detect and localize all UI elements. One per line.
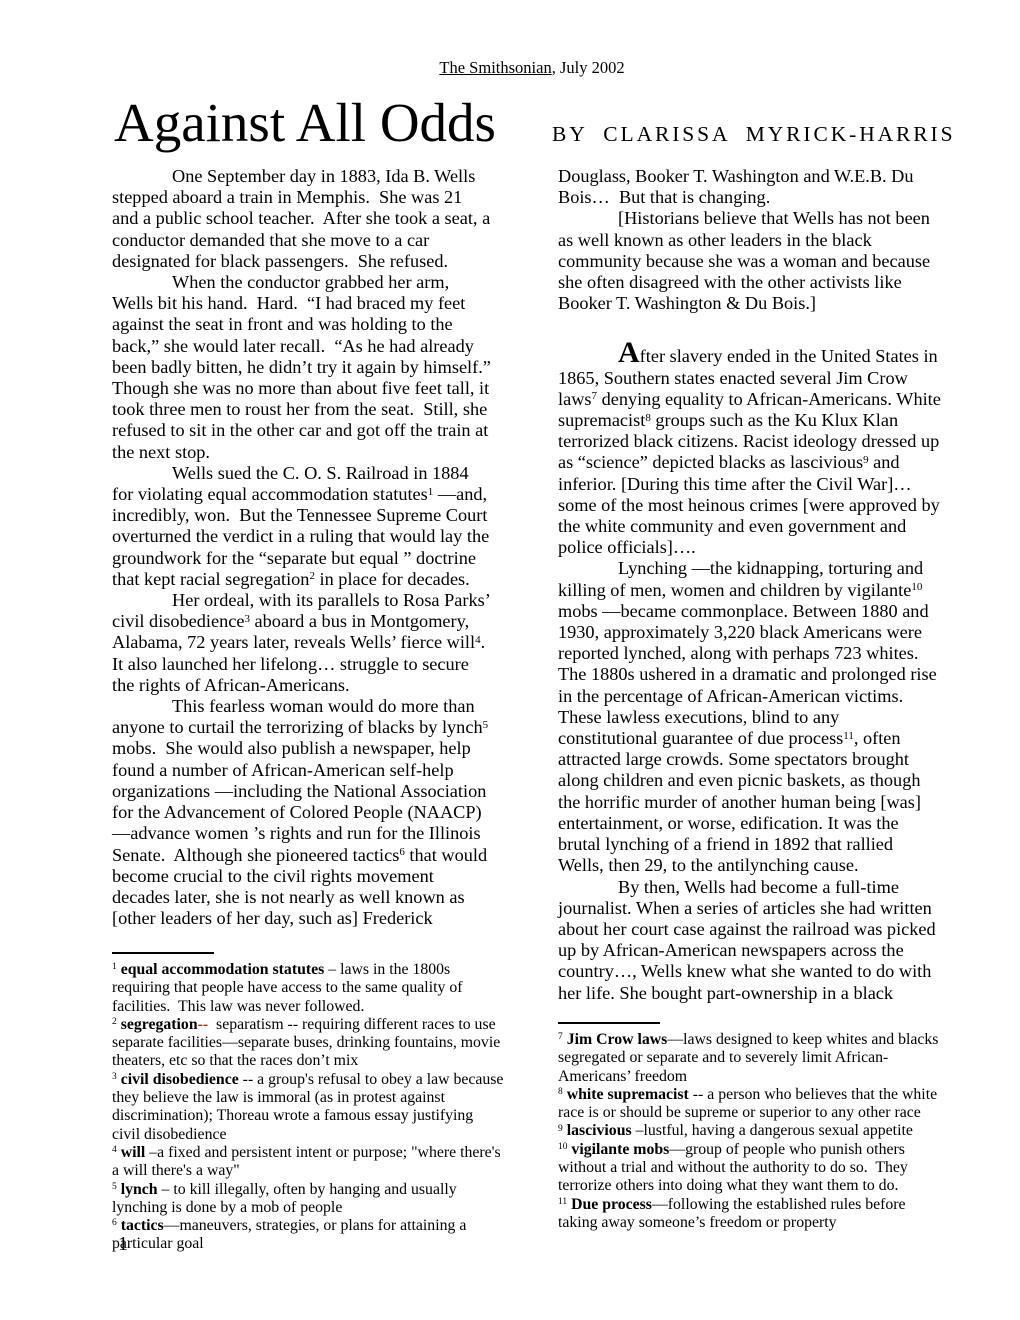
footnote-reference: 9 [863,454,868,466]
footnote: 1 equal accommodation statutes – laws in… [112,961,504,1016]
left-footnote-list: 1 equal accommodation statutes – laws in… [112,961,504,1254]
article-title: Against All Odds [114,94,496,152]
footnote-reference: 3 [245,613,250,625]
footnote-reference: 11 [843,730,854,742]
paragraph: After slavery ended in the United States… [558,346,942,558]
footnote: 5 lynch – to kill illegally, often by ha… [112,1181,504,1218]
footnote-number: 8 [558,1087,563,1097]
footnote: 6 tactics—maneuvers, strategies, or plan… [112,1217,504,1254]
footnote-separator [558,1022,660,1024]
footnote-reference: 8 [645,412,650,424]
footnote-number: 6 [112,1218,117,1228]
footnote: 8 white supremacist -- a person who beli… [558,1086,948,1123]
paragraph: Wells sued the C. O. S. Railroad in 1884… [112,463,492,590]
document-page: The Smithsonian, July 2002 Against All O… [0,0,1020,1320]
footnote: 9 lascivious –lustful, having a dangerou… [558,1122,948,1140]
page-number: 1 [118,1232,128,1256]
footnote: 7 Jim Crow laws—laws designed to keep wh… [558,1031,948,1086]
paragraph: [Historians believe that Wells has not b… [558,208,942,314]
footnote: 10 vigilante mobs—group of people who pu… [558,1141,948,1196]
paragraph: Lynching —the kidnapping, torturing and … [558,558,942,876]
footnote-number: 4 [112,1145,117,1155]
paragraph: When the conductor grabbed her arm, Well… [112,272,492,463]
right-column-body: Douglass, Booker T. Washington and W.E.B… [558,166,942,1004]
footnote: 3 civil disobedience -- a group's refusa… [112,1071,504,1144]
footnote-number: 5 [112,1182,117,1192]
paragraph: One September day in 1883, Ida B. Wells … [112,166,492,272]
paragraph: By then, Wells had become a full-time jo… [558,877,942,1004]
journal-name: The Smithsonian [439,58,551,77]
footnote-reference: 6 [399,846,404,858]
footnote-number: 10 [558,1142,567,1152]
footnote-number: 9 [558,1124,563,1134]
footnote-number: 3 [112,1072,117,1082]
journal-header: The Smithsonian, July 2002 [112,58,952,78]
title-row: Against All Odds BY CLARISSA MYRICK-HARR… [114,94,964,152]
footnote-number: 1 [112,962,117,972]
footnote: 2 segregation-- separatism -- requiring … [112,1016,504,1071]
footnote-number: 11 [558,1197,567,1207]
paragraph: This fearless woman would do more than a… [112,696,492,929]
footnote: 4 will –a fixed and persistent intent or… [112,1144,504,1181]
footnote-separator [112,952,214,954]
right-column-footnote-area: 7 Jim Crow laws—laws designed to keep wh… [558,1022,948,1232]
footnote-number: 2 [112,1017,117,1027]
footnote-reference: 1 [428,486,433,498]
right-footnote-list: 7 Jim Crow laws—laws designed to keep wh… [558,1031,948,1232]
paragraph: Douglass, Booker T. Washington and W.E.B… [558,166,942,208]
left-column-footnote-area: 1 equal accommodation statutes – laws in… [112,952,504,1254]
initial-capital: A [618,336,640,369]
footnote-reference: 5 [483,719,488,731]
journal-date: , July 2002 [552,58,625,77]
footnote-reference: 7 [592,390,597,402]
left-column-body: One September day in 1883, Ida B. Wells … [112,166,492,929]
footnote-reference: 10 [911,581,922,593]
footnote-number: 7 [558,1032,563,1042]
footnote-reference: 2 [309,570,314,582]
paragraph: Her ordeal, with its parallels to Rosa P… [112,590,492,696]
footnote: 11 Due process—following the established… [558,1196,948,1233]
byline: BY CLARISSA MYRICK-HARRIS [552,122,956,147]
footnote-reference: 4 [475,634,480,646]
